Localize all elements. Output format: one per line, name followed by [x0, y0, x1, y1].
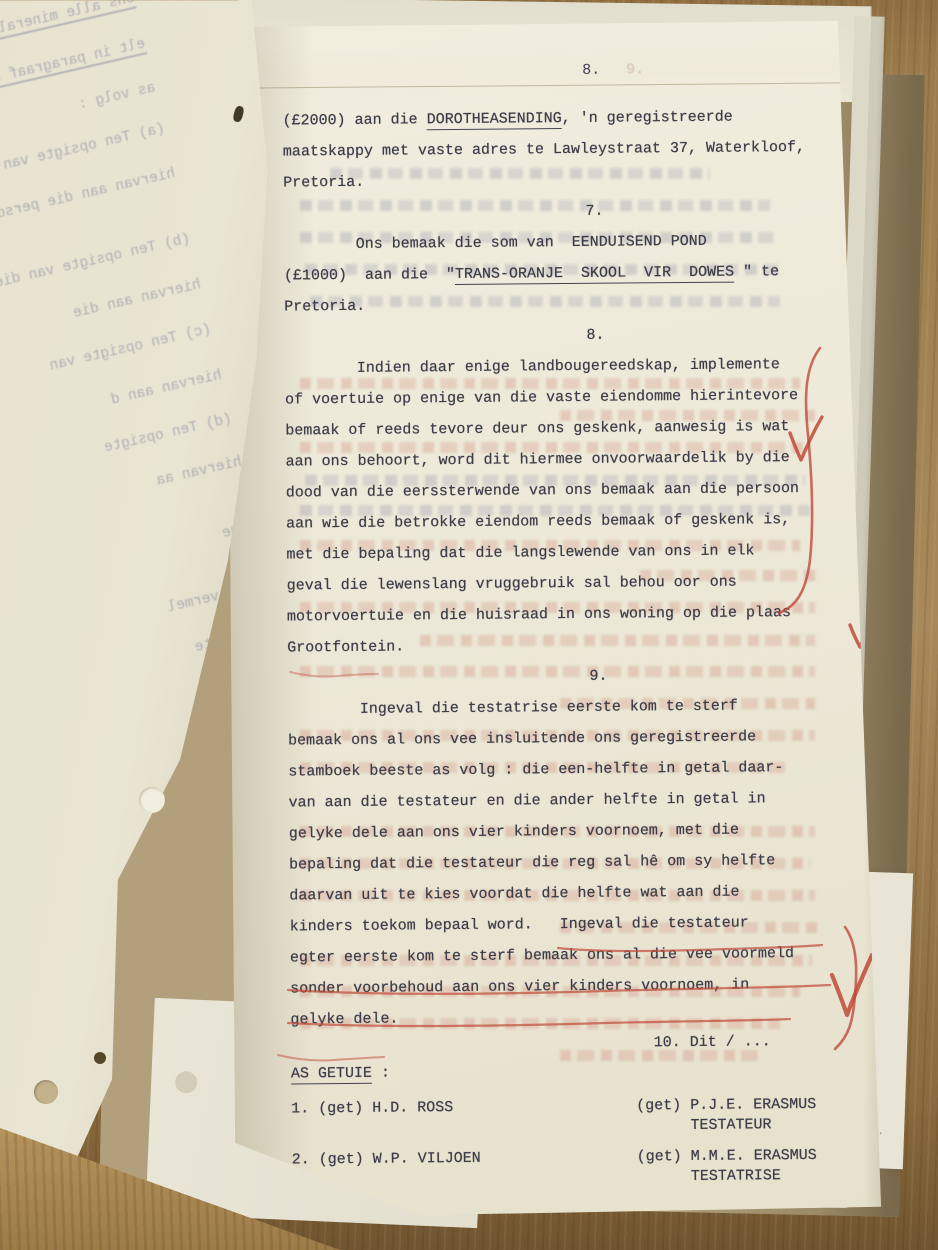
- witness-name: 2. (get) W.P. VILJOEN: [292, 1145, 637, 1187]
- page-number-line: 8.9.: [282, 53, 850, 90]
- typed-line: of voertuie op enige van die vaste eiend…: [285, 380, 853, 416]
- page-number: 8.: [582, 62, 600, 79]
- clause-number: 8.: [284, 318, 852, 354]
- testator-signature: (get) M.M.E. ERASMUSTESTATRISE: [637, 1144, 817, 1185]
- witness-heading: AS GETUIE :: [291, 1053, 859, 1092]
- witness-row: 2. (get) W.P. VILJOEN(get) M.M.E. ERASMU…: [292, 1144, 860, 1188]
- witness-name: 1. (get) H.D. ROSS: [291, 1094, 636, 1136]
- typed-line: geval die lewenslang vruggebruik sal beh…: [287, 566, 855, 602]
- clause-number: 7.: [283, 194, 851, 230]
- typed-line: maatskappy met vaste adres te Lawleystra…: [283, 132, 851, 168]
- typed-line: aan ons behoort, word dit hiermee onvoor…: [285, 442, 853, 478]
- typed-line: Grootfontein.: [287, 628, 855, 664]
- typed-line: aan wie die betrokke eiendom reeds bemaa…: [286, 504, 854, 540]
- punch-hole-dark: [94, 1052, 106, 1064]
- testator-signature: (get) P.J.E. ERASMUSTESTATEUR: [636, 1093, 816, 1134]
- typed-line: met die bepaling dat die langslewende va…: [286, 535, 854, 571]
- typed-line: Ons bemaak die som van EENDUISEND POND: [284, 225, 852, 261]
- typed-line: Pretoria.: [283, 163, 851, 199]
- typed-line: (£1000) aan die "TRANS-ORANJE SKOOL VIR …: [284, 256, 852, 292]
- punch-hole: [34, 1080, 58, 1104]
- typed-line: gelyke dele aan ons vier kinders voornoe…: [289, 814, 857, 850]
- typed-line: motorvoertuie en die huisraad in ons won…: [287, 597, 855, 633]
- body-text: (£2000) aan die DOROTHEASENDING, 'n gere…: [282, 101, 858, 1058]
- typed-line: egter eerste kom te sterf bemaak ons al …: [290, 938, 858, 974]
- typed-line: dood van die eerssterwende van ons bemaa…: [286, 473, 854, 509]
- typed-line: Ingeval die testatrise eerste kom te ste…: [288, 690, 856, 726]
- typed-line: sonder voorbehoud aan ons vier kinders v…: [290, 969, 858, 1005]
- typed-line: bemaak ons al ons vee insluitende ons ge…: [288, 721, 856, 757]
- witness-signature-block: 1. (get) H.D. ROSS(get) P.J.E. ERASMUSTE…: [291, 1093, 860, 1188]
- witness-row: 1. (get) H.D. ROSS(get) P.J.E. ERASMUSTE…: [291, 1093, 859, 1137]
- punch-hole: [139, 787, 165, 813]
- typed-line: daarvan uit te kies voordat die helfte w…: [289, 876, 857, 912]
- typed-line: bepaling dat die testateur die reg sal h…: [289, 845, 857, 881]
- typed-line: Pretoria.: [284, 287, 852, 323]
- typed-line: Indien daar enige landbougereedskap, imp…: [285, 349, 853, 385]
- punch-hole: [175, 1071, 198, 1094]
- typed-text: 8.9. (£2000) aan die DOROTHEASENDING, 'n…: [282, 53, 860, 1188]
- typed-line: kinders toekom bepaal word. Ingeval die …: [290, 907, 858, 943]
- photo-of-typed-will-page: { "page": { "number": "8.", "ghost_numbe…: [0, 0, 938, 1250]
- typed-line: bemaak of reeds tevore deur ons geskenk,…: [285, 411, 853, 447]
- clause-number: 9.: [287, 659, 855, 695]
- main-page: 8.9. (£2000) aan die DOROTHEASENDING, 'n…: [205, 15, 890, 1220]
- typed-line: gelyke dele.: [290, 1000, 858, 1036]
- typed-line: stamboek beeste as volg : die een-helfte…: [288, 752, 856, 788]
- typed-line: (£2000) aan die DOROTHEASENDING, 'n gere…: [282, 101, 850, 137]
- ghost-page-number: 9.: [626, 61, 644, 78]
- typed-line: van aan die testateur en die ander helft…: [288, 783, 856, 819]
